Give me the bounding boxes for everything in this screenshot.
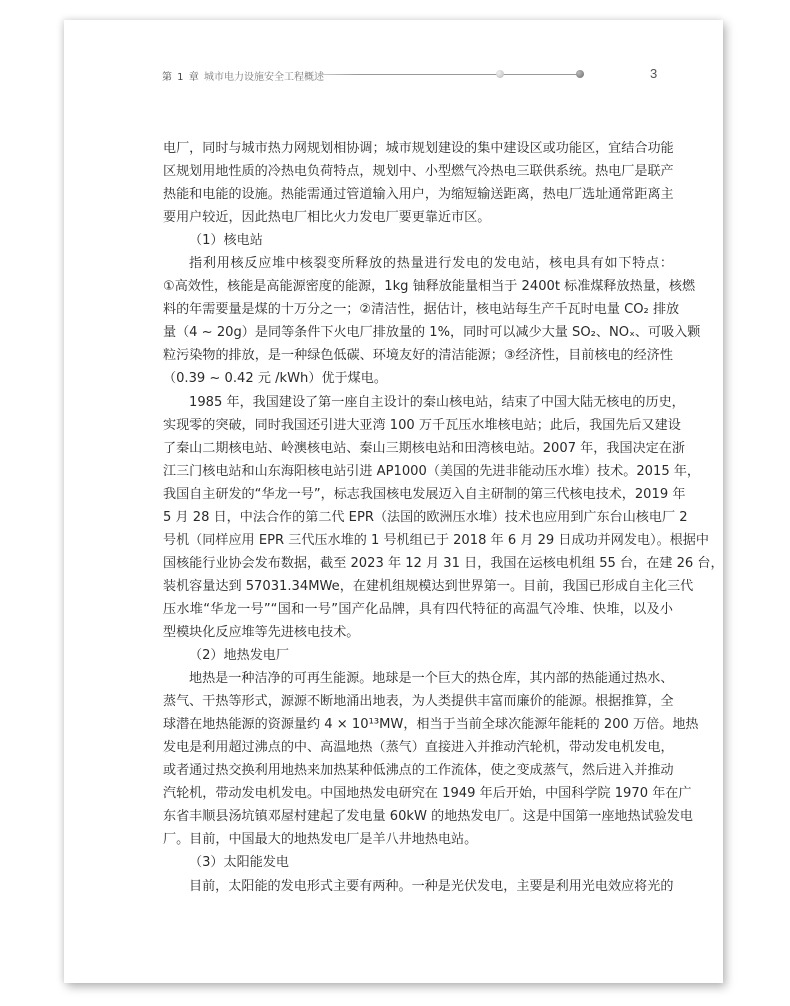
paragraph: 1985 年，我国建设了第一座自主设计的秦山核电站，结束了中国大陆无核电的历史，… — [163, 391, 673, 645]
text-line: 5 月 28 日，中法合作的第二代 EPR（法国的欧洲压水堆）技术也应用到广东台… — [163, 506, 673, 529]
text-line: 料的年需要量是煤的十万分之一；②清洁性，据估计，核电站每生产千瓦时电量 CO₂ … — [163, 298, 673, 321]
text-line: 目前，太阳能的发电形式主要有两种。一种是光伏发电，主要是利用光电效应将光的 — [163, 875, 673, 898]
section-heading-nuclear: （1）核电站 — [163, 229, 673, 252]
text-line: 1985 年，我国建设了第一座自主设计的秦山核电站，结束了中国大陆无核电的历史， — [163, 391, 673, 414]
text-line: 厂。目前，中国最大的地热发电厂是羊八井地热电站。 — [163, 828, 673, 851]
paragraph: 地热是一种洁净的可再生能源。地球是一个巨大的热仓库，其内部的热能通过热水、 蒸气… — [163, 667, 673, 851]
text-line: 热能和电能的设施。热能需通过管道输入用户，为缩短输送距离，热电厂选址通常距离主 — [163, 183, 673, 206]
text-line: 球潜在地热能源的资源量约 4 × 10¹³MW，相当于当前全球次能源年能耗的 2… — [163, 713, 673, 736]
text-line: 东省丰顺县汤坑镇邓屋村建起了发电量 60kW 的地热发电厂。这是中国第一座地热试… — [163, 805, 673, 828]
text-line: 区规划用地性质的冷热电负荷特点，规划中、小型燃气冷热电三联供系统。热电厂是联产 — [163, 160, 673, 183]
text-line: 了秦山二期核电站、岭澳核电站、秦山三期核电站和田湾核电站。2007 年，我国决定… — [163, 437, 673, 460]
text-line: 汽轮机，带动发电机发电。中国地热发电研究在 1949 年后开始，中国科学院 19… — [163, 782, 673, 805]
text-line: 我国自主研发的“华龙一号”，标志我国核电发展迈入自主研制的第三代核电技术，201… — [163, 483, 673, 506]
text-line: 发电是利用超过沸点的中、高温地热（蒸气）直接进入并推动汽轮机，带动发电机发电， — [163, 736, 673, 759]
paragraph: 目前，太阳能的发电形式主要有两种。一种是光伏发电，主要是利用光电效应将光的 — [163, 875, 673, 898]
text-line: 实现零的突破，同时我国还引进大亚湾 100 万千瓦压水堆核电站；此后，我国先后又… — [163, 414, 673, 437]
section-heading-solar: （3）太阳能发电 — [163, 851, 673, 874]
book-page: 第 1 章 城市电力设施安全工程概述 3 电厂，同时与城市热力网规划相协调；城市… — [64, 20, 723, 983]
paragraph: 指利用核反应堆中核裂变所释放的热量进行发电的发电站，核电具有如下特点： ①高效性… — [163, 252, 673, 390]
text-line: 压水堆“华龙一号”“国和一号”国产化品牌，具有四代特征的高温气冷堆、快堆，以及小 — [163, 598, 673, 621]
running-header: 第 1 章 城市电力设施安全工程概述 — [162, 66, 662, 82]
text-line: 指利用核反应堆中核裂变所释放的热量进行发电的发电站，核电具有如下特点： — [163, 252, 673, 275]
text-line: 江三门核电站和山东海阳核电站引进 AP1000（美国的先进非能动压水堆）技术。2… — [163, 460, 673, 483]
page-number: 3 — [650, 66, 657, 81]
text-line: 型模块化反应堆等先进核电技术。 — [163, 621, 673, 644]
text-line: 要用户较近，因此热电厂相比火力发电厂要更靠近市区。 — [163, 206, 673, 229]
text-line: 装机容量达到 57031.34MWe，在建机组规模达到世界第一。目前，我国已形成… — [163, 575, 673, 598]
header-dot-dark-icon — [576, 70, 584, 78]
text-line: 号机（同样应用 EPR 三代压水堆的 1 号机组已于 2018 年 6 月 29… — [163, 529, 673, 552]
text-line: 电厂，同时与城市热力网规划相协调；城市规划建设的集中建设区或功能区，宜结合功能 — [163, 137, 673, 160]
text-line: 国核能行业协会发布数据，截至 2023 年 12 月 31 日，我国在运核电机组… — [163, 552, 673, 575]
text-line: ①高效性，核能是高能源密度的能源，1kg 铀释放能量相当于 2400t 标准煤释… — [163, 275, 673, 298]
text-line: （0.39 ~ 0.42 元 /kWh）优于煤电。 — [163, 367, 673, 390]
text-line: 量（4 ~ 20g）是同等条件下火电厂排放量的 1%，同时可以减少大量 SO₂、… — [163, 321, 673, 344]
header-rule — [318, 74, 584, 75]
text-line: 粒污染物的排放，是一种绿色低碳、环境友好的清洁能源；③经济性，目前核电的经济性 — [163, 344, 673, 367]
section-heading-geothermal: （2）地热发电厂 — [163, 644, 673, 667]
text-line: 蒸气、干热等形式，源源不断地涌出地表，为人类提供丰富而廉价的能源。根据推算，全 — [163, 690, 673, 713]
page-body: 电厂，同时与城市热力网规划相协调；城市规划建设的集中建设区或功能区，宜结合功能 … — [163, 137, 673, 898]
chapter-label: 第 1 章 — [162, 68, 200, 83]
header-dot-light-icon — [496, 70, 504, 78]
chapter-title: 城市电力设施安全工程概述 — [204, 68, 324, 83]
text-line: 地热是一种洁净的可再生能源。地球是一个巨大的热仓库，其内部的热能通过热水、 — [163, 667, 673, 690]
paragraph: 电厂，同时与城市热力网规划相协调；城市规划建设的集中建设区或功能区，宜结合功能 … — [163, 137, 673, 229]
text-line: 或者通过热交换利用地热来加热某种低沸点的工作流体，使之变成蒸气，然后进入并推动 — [163, 759, 673, 782]
